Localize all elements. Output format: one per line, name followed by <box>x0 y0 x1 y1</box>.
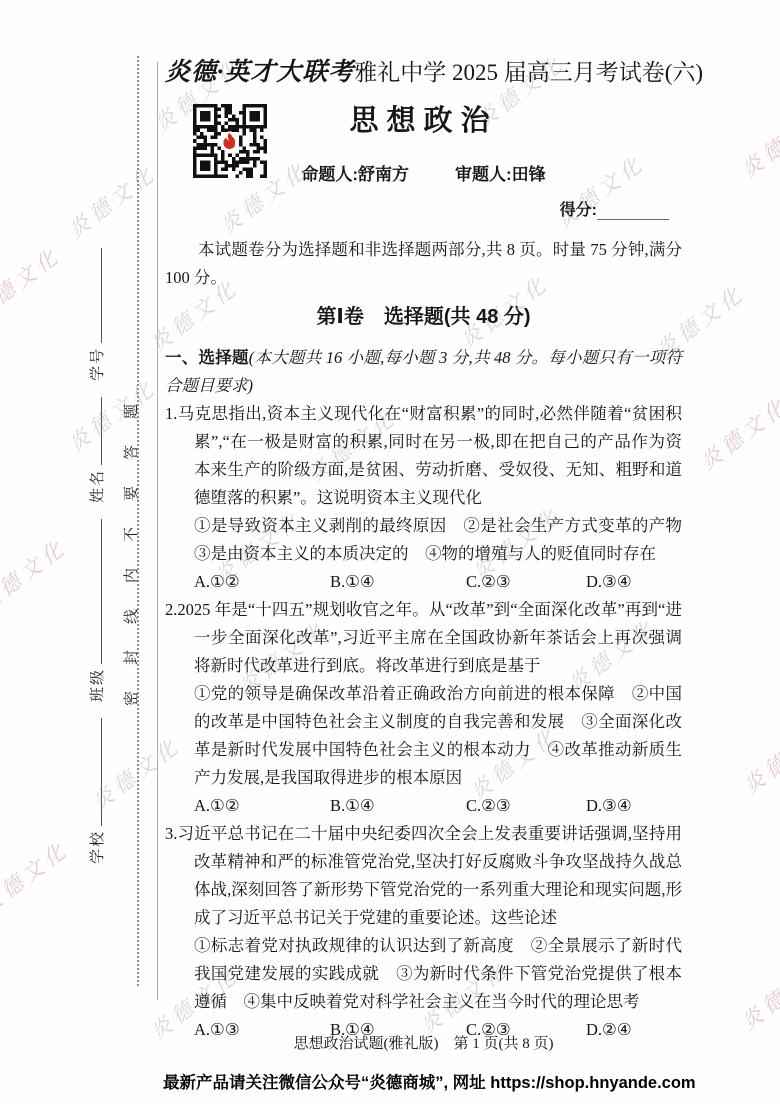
question-stem: 2.2025 年是“十四五”规划收官之年。从“改革”到“全面深化改革”再到“进一… <box>165 596 682 680</box>
section-directions: 一、选择题(本大题共 16 小题,每小题 3 分,共 48 分。每小题只有一项符… <box>165 344 682 400</box>
question-options: A.①② B.①④ C.②③ D.③④ <box>165 568 682 596</box>
exam-content: 炎德·英才大联考雅礼中学 2025 届高三月考试卷(六) 思想政治 命题人:舒南… <box>165 0 682 1044</box>
question-stem-text: 习近平总书记在二十届中央纪委四次全会上发表重要讲话强调,坚持用改革精神和严的标准… <box>177 824 682 927</box>
watermark-text: 炎德文化 <box>734 950 780 1037</box>
school-field-label: 学校 <box>90 830 106 864</box>
question-number: 3. <box>165 824 177 843</box>
question-subitems: ①是导致资本主义剥削的最终原因 ②是社会生产方式变革的产物 ③是由资本主义的本质… <box>165 512 682 568</box>
option-b: B.①④ <box>330 792 466 820</box>
score-label: 得分: <box>560 197 597 220</box>
score-row: 得分: <box>165 196 682 220</box>
setter-reviewer-line: 命题人:舒南方审题人:田锋 <box>165 160 682 185</box>
name-field-line <box>88 397 102 465</box>
question-number: 1. <box>165 404 177 423</box>
option-a: A.①② <box>194 792 330 820</box>
class-field-label: 班级 <box>90 668 106 702</box>
exam-paper-page: { "header": { "series": "炎德·英才大联考", "exa… <box>0 0 780 1104</box>
watermark-text: 炎德文化 <box>693 390 780 477</box>
question-subitems: ①党的领导是确保改革沿着正确政治方向前进的根本保障 ②中国的改革是中国特色社会主… <box>165 680 682 792</box>
question-stem-text: 马克思指出,资本主义现代化在“财富积累”的同时,必然伴随着“贫困积累”,“在一极… <box>177 404 682 507</box>
exam-series-brand: 炎德·英才大联考 <box>165 59 354 86</box>
question-number: 2. <box>165 600 177 619</box>
watermark-text: 炎德文化 <box>0 532 73 619</box>
publisher-promo-line: 最新产品请关注微信公众号“炎德商城”, 网址 https://shop.hnya… <box>163 1069 696 1093</box>
exam-instructions-paragraph: 本试题卷分为选择题和非选择题两部分,共 8 页。时量 75 分钟,满分 100 … <box>165 236 682 292</box>
setter-label: 命题人:舒南方 <box>301 165 409 184</box>
exam-name: 雅礼中学 2025 届高三月考试卷(六) <box>354 60 703 85</box>
watermark-text: 炎德文化 <box>736 714 780 801</box>
question-options: A.①② B.①④ C.②③ D.③④ <box>165 792 682 820</box>
score-blank-line <box>597 201 669 220</box>
subject-header-row: 思想政治 命题人:舒南方审题人:田锋 <box>165 88 682 184</box>
watermark-text: 炎德文化 <box>734 98 780 185</box>
seal-margin-fields: 学校班级姓名学号 <box>86 202 108 864</box>
question-1: 1.马克思指出,资本主义现代化在“财富积累”的同时,必然伴随着“贫困积累”,“在… <box>165 400 682 596</box>
subject-title: 思想政治 <box>165 98 682 139</box>
exam-header-title: 炎德·英才大联考雅礼中学 2025 届高三月考试卷(六) <box>165 58 682 88</box>
watermark-text: 炎德文化 <box>61 372 162 459</box>
watermark-text: 炎德文化 <box>61 158 162 245</box>
option-a: A.①② <box>194 568 330 596</box>
question-stem-text: 2025 年是“十四五”规划收官之年。从“改革”到“全面深化改革”再到“进一步全… <box>177 600 682 675</box>
option-c: C.②③ <box>466 568 586 596</box>
option-b: B.①④ <box>330 568 466 596</box>
option-d: D.③④ <box>586 792 682 820</box>
page-number-footer: 思想政治试题(雅礼版) 第 1 页(共 8 页) <box>165 1032 682 1053</box>
student-id-field-label: 学号 <box>90 347 106 381</box>
question-3: 3.习近平总书记在二十届中央纪委四次全会上发表重要讲话强调,坚持用改革精神和严的… <box>165 820 682 1044</box>
name-field-label: 姓名 <box>90 469 106 503</box>
question-2: 2.2025 年是“十四五”规划收官之年。从“改革”到“全面深化改革”再到“进一… <box>165 596 682 820</box>
watermark-text: 炎德文化 <box>0 240 67 327</box>
seal-warning-text: 密封线内不要答题 <box>120 358 142 706</box>
student-id-field-line <box>88 248 102 343</box>
reviewer-label: 审题人:田锋 <box>455 165 546 184</box>
question-subitems: ①标志着党对执政规律的认识达到了新高度 ②全景展示了新时代我国党建发展的实践成就… <box>165 932 682 1016</box>
question-stem: 3.习近平总书记在二十届中央纪委四次全会上发表重要讲话强调,坚持用改革精神和严的… <box>165 820 682 932</box>
option-d: D.③④ <box>586 568 682 596</box>
class-field-line <box>88 519 102 664</box>
page-edge-line <box>157 62 158 1000</box>
volume-1-heading: 第Ⅰ卷 选择题(共 48 分) <box>165 302 682 332</box>
school-field-line <box>88 718 102 826</box>
option-c: C.②③ <box>466 792 586 820</box>
watermark-text: 炎德文化 <box>0 834 75 921</box>
directions-lead: 一、选择题 <box>165 349 249 367</box>
question-stem: 1.马克思指出,资本主义现代化在“财富积累”的同时,必然伴随着“贫困积累”,“在… <box>165 400 682 512</box>
